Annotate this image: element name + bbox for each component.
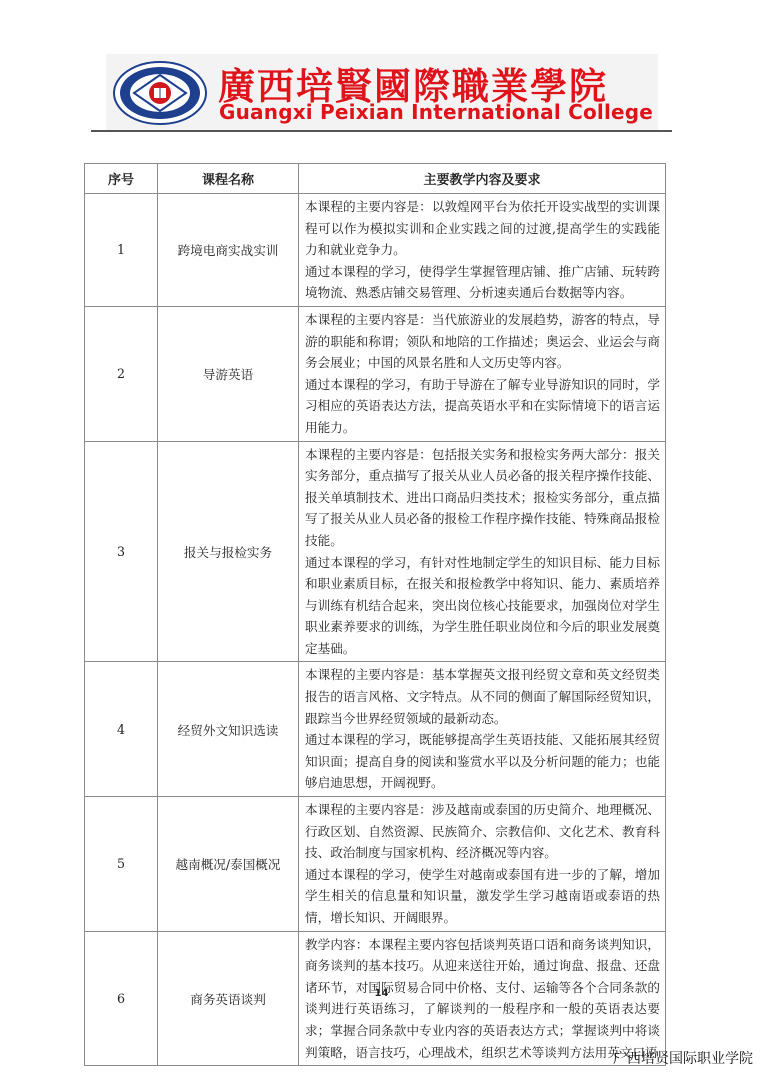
footer-organization: 广西培贤国际职业学院: [613, 1048, 753, 1068]
page-number: 14: [0, 988, 763, 999]
course-name: 报关与报检实务: [158, 441, 299, 662]
row-number: 3: [85, 441, 158, 662]
description-paragraph: 本课程的主要内容是：包括报关实务和报检实务两大部分：报关实务部分，重点描写了报关…: [305, 444, 660, 552]
course-name: 越南概况/泰国概况: [158, 797, 299, 932]
table-row: 4 经贸外文知识选读 本课程的主要内容是：基本掌握英文报刊经贸文章和英文经贸类报…: [85, 662, 666, 797]
column-header-content: 主要教学内容及要求: [299, 164, 666, 194]
row-number: 4: [85, 662, 158, 797]
row-number: 1: [85, 194, 158, 307]
header-divider: [91, 130, 672, 132]
college-banner: 廣西培賢國際職業學院 Guangxi Peixian International…: [106, 54, 658, 130]
description-paragraph: 本课程的主要内容是：基本掌握英文报刊经贸文章和英文经贸类报告的语言风格、文字特点…: [305, 664, 660, 729]
table-row: 3 报关与报检实务 本课程的主要内容是：包括报关实务和报检实务两大部分：报关实务…: [85, 441, 666, 662]
description-paragraph: 通过本课程的学习，使学生对越南或泰国有进一步的了解，增加学生相关的信息量和知识量…: [305, 864, 660, 929]
college-emblem-icon: [112, 60, 208, 126]
course-name: 跨境电商实战实训: [158, 194, 299, 307]
table-row: 1 跨境电商实战实训 本课程的主要内容是：以敦煌网平台为依托开设实战型的实训课程…: [85, 194, 666, 307]
column-header-course-name: 课程名称: [158, 164, 299, 194]
description-paragraph: 本课程的主要内容是：涉及越南或泰国的历史简介、地理概况、行政区划、自然资源、民族…: [305, 799, 660, 864]
course-description: 本课程的主要内容是：包括报关实务和报检实务两大部分：报关实务部分，重点描写了报关…: [299, 441, 666, 662]
course-description: 本课程的主要内容是：涉及越南或泰国的历史简介、地理概况、行政区划、自然资源、民族…: [299, 797, 666, 932]
table-row: 2 导游英语 本课程的主要内容是：当代旅游业的发展趋势，游客的特点，导游的职能和…: [85, 306, 666, 441]
description-paragraph: 本课程的主要内容是：以敦煌网平台为依托开设实战型的实训课程可以作为模拟实训和企业…: [305, 196, 660, 261]
course-description: 本课程的主要内容是：基本掌握英文报刊经贸文章和英文经贸类报告的语言风格、文字特点…: [299, 662, 666, 797]
course-description: 本课程的主要内容是：当代旅游业的发展趋势，游客的特点，导游的职能和称谓；领队和地…: [299, 306, 666, 441]
column-header-number: 序号: [85, 164, 158, 194]
course-name: 导游英语: [158, 306, 299, 441]
table-header-row: 序号 课程名称 主要教学内容及要求: [85, 164, 666, 194]
description-paragraph: 通过本课程的学习，既能够提高学生英语技能、又能拓展其经贸知识面；提高自身的阅读和…: [305, 729, 660, 794]
table-row: 5 越南概况/泰国概况 本课程的主要内容是：涉及越南或泰国的历史简介、地理概况、…: [85, 797, 666, 932]
description-paragraph: 通过本课程的学习，使得学生掌握管理店铺、推广店铺、玩转跨境物流、熟悉店铺交易管理…: [305, 261, 660, 304]
course-description: 本课程的主要内容是：以敦煌网平台为依托开设实战型的实训课程可以作为模拟实训和企业…: [299, 194, 666, 307]
description-paragraph: 通过本课程的学习，有针对性地制定学生的知识目标、能力目标和职业素质目标，在报关和…: [305, 552, 660, 660]
row-number: 2: [85, 306, 158, 441]
row-number: 5: [85, 797, 158, 932]
college-name-english: Guangxi Peixian International College: [219, 100, 653, 124]
course-table: 序号 课程名称 主要教学内容及要求 1 跨境电商实战实训 本课程的主要内容是：以…: [84, 163, 666, 1066]
description-paragraph: 本课程的主要内容是：当代旅游业的发展趋势，游客的特点，导游的职能和称谓；领队和地…: [305, 309, 660, 374]
description-paragraph: 通过本课程的学习，有助于导游在了解专业导游知识的同时，学习相应的英语表达方法，提…: [305, 374, 660, 439]
course-name: 经贸外文知识选读: [158, 662, 299, 797]
